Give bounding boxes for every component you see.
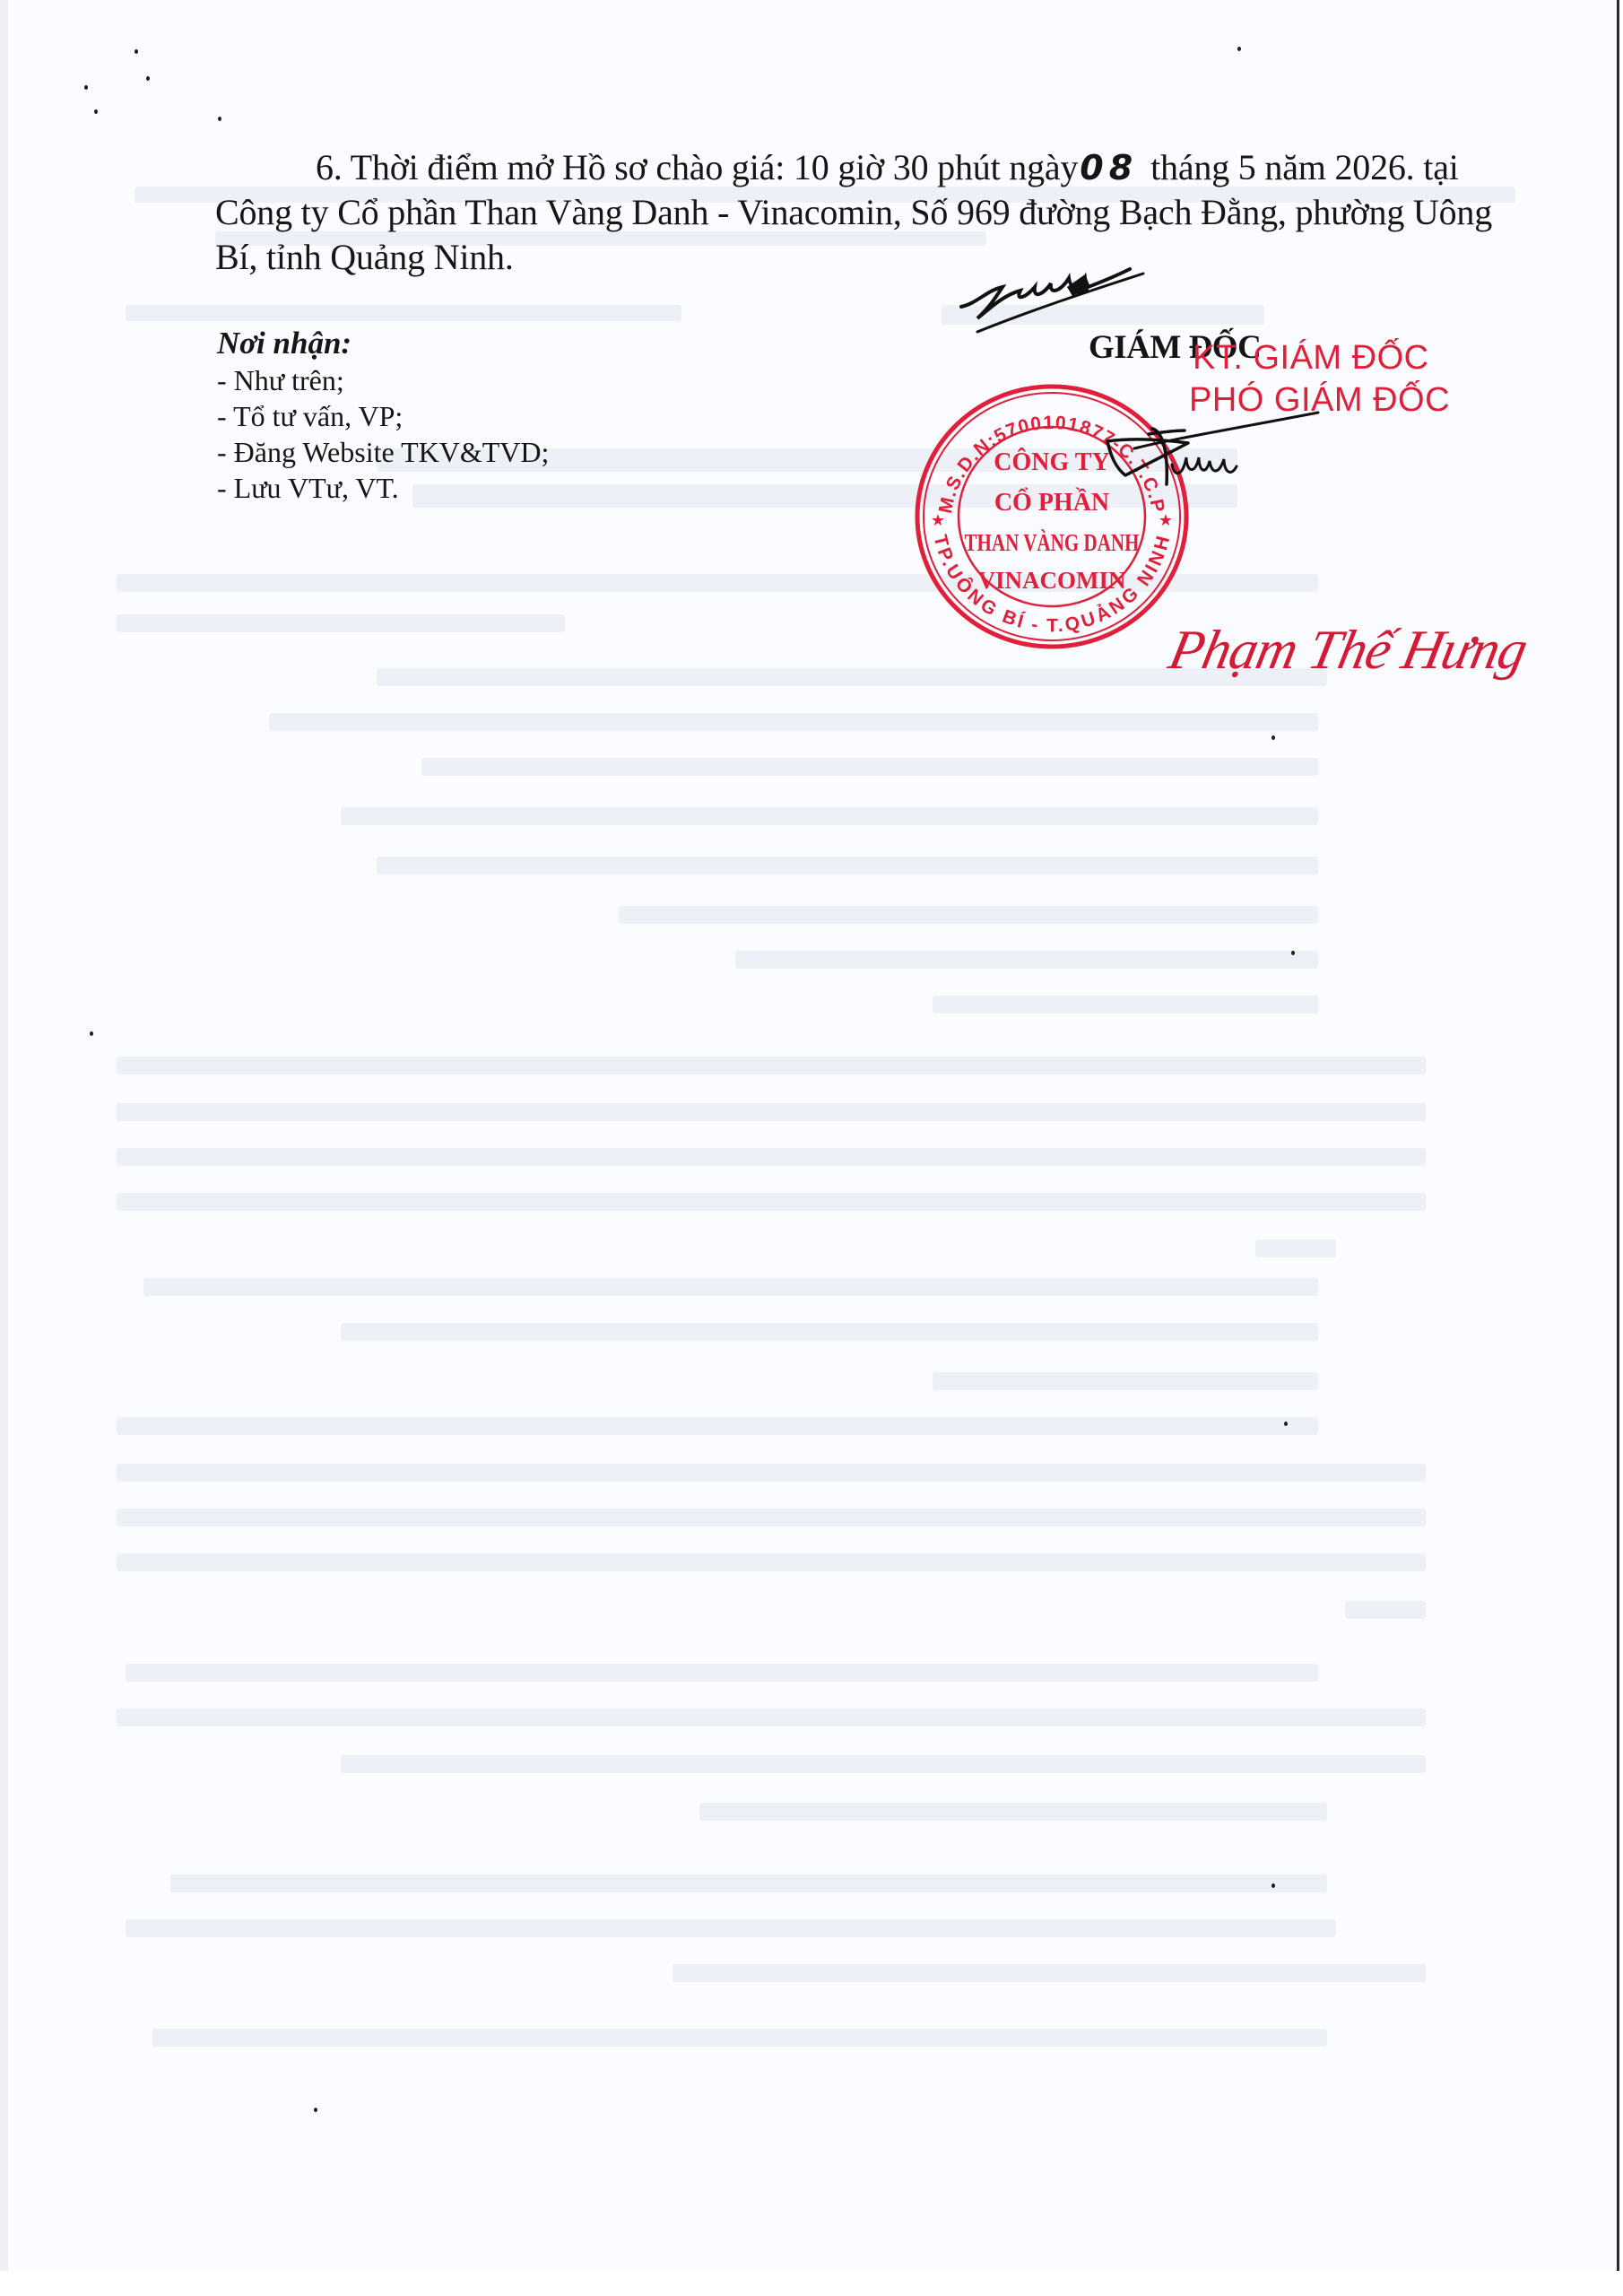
recipients-heading: Nơi nhận:	[217, 325, 549, 362]
recipient-item: - Đăng Website TKV&TVD;	[217, 434, 549, 470]
opening-time-paragraph: 6. Thời điểm mở Hồ sơ chào giá: 10 giờ 3…	[215, 145, 1517, 280]
svg-text:CỔ PHẦN: CỔ PHẦN	[994, 488, 1109, 517]
svg-text:THAN VÀNG DANH: THAN VÀNG DANH	[965, 529, 1140, 556]
svg-text:VINACOMIN: VINACOMIN	[978, 567, 1126, 594]
recipient-item: - Như trên;	[217, 362, 549, 398]
recipient-item: - Lưu VTư, VT.	[217, 470, 549, 506]
svg-text:CÔNG TY: CÔNG TY	[994, 448, 1109, 476]
on-behalf-label: KT. GIÁM ĐỐC	[1193, 339, 1429, 378]
document-page: 6. Thời điểm mở Hồ sơ chào giá: 10 giờ 3…	[0, 0, 1619, 2271]
initial-signature	[950, 251, 1148, 336]
handwritten-day: 08	[1080, 148, 1138, 187]
signer-name: Phạm Thế Hưng	[1163, 619, 1532, 683]
paragraph-line-1: 6. Thời điểm mở Hồ sơ chào giá: 10 giờ 3…	[215, 145, 1517, 190]
scan-edge	[0, 0, 8, 2271]
recipient-item: - Tổ tư vấn, VP;	[217, 398, 549, 434]
paragraph-line-3: Bí, tỉnh Quảng Ninh.	[215, 235, 1517, 280]
recipients-block: Nơi nhận: - Như trên; - Tổ tư vấn, VP; -…	[217, 325, 549, 506]
svg-text:★: ★	[931, 511, 945, 530]
director-signature	[1098, 395, 1323, 511]
svg-text:★: ★	[1159, 511, 1173, 530]
paragraph-line-2: Công ty Cổ phần Than Vàng Danh - Vinacom…	[215, 190, 1517, 235]
